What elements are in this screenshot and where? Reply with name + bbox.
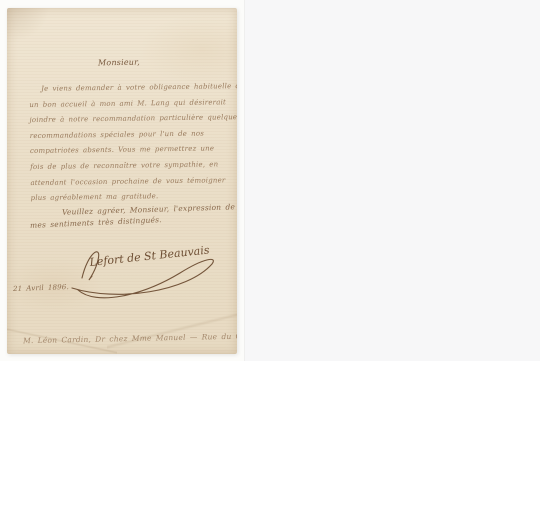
letter-paper: Monsieur, Je viens demander à votre obli… <box>7 8 237 354</box>
page: Monsieur, Je viens demander à votre obli… <box>0 0 540 505</box>
letter-body: Je viens demander à votre obligeance hab… <box>29 79 233 207</box>
address-line: M. Léon Cardin, Dr chez Mme Manuel — Rue… <box>23 332 235 345</box>
paper-crease-right <box>107 308 237 354</box>
letter-photo: Monsieur, Je viens demander à votre obli… <box>0 0 245 361</box>
paper-corner-shadow <box>7 8 55 50</box>
date-line: 21 Avril 1896. <box>13 283 69 293</box>
closing-line: mes sentiments très distingués. <box>30 215 162 230</box>
signature: Lefort de St Beauvais <box>62 230 232 305</box>
salutation: Monsieur, <box>98 58 140 68</box>
signature-text: Lefort de St Beauvais <box>88 243 210 269</box>
body-line: attendant l'occasion prochaine de vous t… <box>30 173 232 191</box>
